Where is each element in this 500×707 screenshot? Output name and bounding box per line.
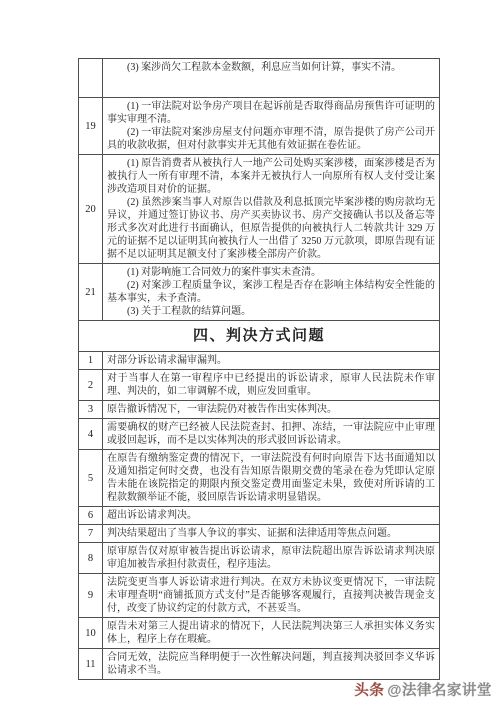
- row-text-cell: (1) 一审法院对讼争房产项目在起诉前是否取得商品房预售许可证明的事实审理不清。…: [103, 98, 440, 155]
- row-paragraph: 原告未对第三人提出请求的情况下，人民法院判决第三人承担实体义务实体上，程序上存在…: [107, 620, 435, 646]
- row-paragraph: (2) 一审法院对案涉房屋支付问题亦审理不清，原告提供了房产公司开具的收款收据，…: [107, 126, 435, 152]
- row-paragraph: (2) 对案涉工程质量争议，案涉工程是否存在影响主体结构安全性能的基本事实，未予…: [107, 279, 435, 305]
- section-title: 四、判决方式问题: [79, 321, 440, 352]
- row-paragraph: 对部分诉讼请求漏审漏判。: [107, 354, 435, 367]
- row-paragraph: 判决结果超出了当事人争议的事实、证据和法律适用等焦点问题。: [107, 527, 435, 540]
- table-row: 2 对于当事人在第一审程序中已经提出的诉讼请求，原审人民法院未作审理、判决的，如…: [79, 370, 440, 401]
- row-text-cell: (3) 案涉尚欠工程款本金数额，利息应当如何计算，事实不清。: [103, 59, 440, 98]
- row-text-cell: 原告未对第三人提出请求的情况下，人民法院判决第三人承担实体义务实体上，程序上存在…: [103, 618, 440, 649]
- row-text-cell: 对于当事人在第一审程序中已经提出的诉讼请求，原审人民法院未作审理、判决的，如二审…: [103, 370, 440, 401]
- row-number-cell: 1: [79, 352, 103, 370]
- row-text-cell: 判决结果超出了当事人争议的事实、证据和法律适用等焦点问题。: [103, 525, 440, 543]
- row-paragraph: 超出诉讼请求判决。: [107, 509, 435, 522]
- row-number-cell: 10: [79, 618, 103, 649]
- row-number-cell: [79, 59, 103, 98]
- table-row: 20 (1) 原告消费者从被执行人一地产公司处购买案涉楼，面案涉楼是否为被执行人…: [79, 155, 440, 264]
- row-number-cell: 9: [79, 574, 103, 618]
- section-header-row: 四、判决方式问题: [79, 321, 440, 352]
- row-paragraph: (1) 一审法院对讼争房产项目在起诉前是否取得商品房预售许可证明的事实审理不清。: [107, 100, 435, 126]
- watermark-account-handle: @法律名家讲堂: [387, 683, 492, 699]
- table-row: 10 原告未对第三人提出请求的情况下，人民法院判决第三人承担实体义务实体上，程序…: [79, 618, 440, 649]
- row-number-cell: 20: [79, 155, 103, 264]
- row-number-cell: 19: [79, 98, 103, 155]
- row-number-cell: 21: [79, 264, 103, 321]
- row-number-cell: 2: [79, 370, 103, 401]
- row-text-cell: 原告撤诉情况下，一审法院仍对被告作出实体判决。: [103, 401, 440, 419]
- toutiao-watermark: 头条@法律名家讲堂: [354, 679, 492, 700]
- row-text-cell: 对部分诉讼请求漏审漏判。: [103, 352, 440, 370]
- row-number-cell: 7: [79, 525, 103, 543]
- document-page: (3) 案涉尚欠工程款本金数额，利息应当如何计算，事实不清。 19 (1) 一审…: [0, 0, 500, 707]
- row-paragraph: 原告撤诉情况下，一审法院仍对被告作出实体判决。: [107, 403, 435, 416]
- row-number-cell: 5: [79, 450, 103, 507]
- table-row: 8 原审原告仅对原审被告提出诉讼请求，原审法院超出原告诉讼请求判决原审追加被告承…: [79, 543, 440, 574]
- row-paragraph: (3) 关于工程款的结算问题。: [107, 305, 435, 318]
- row-text-cell: (1) 原告消费者从被执行人一地产公司处购买案涉楼，面案涉楼是否为被执行人一所有…: [103, 155, 440, 264]
- row-paragraph: (2) 虽然涉案当事人对原告以借款及利息抵顶完毕案涉楼的购房款均无异议，并通过签…: [107, 196, 435, 261]
- row-text-cell: 法院变更当事人诉讼请求进行判决。在双方未协议变更情况下，一审法院未审理查明“商铺…: [103, 574, 440, 618]
- table-row: (3) 案涉尚欠工程款本金数额，利息应当如何计算，事实不清。: [79, 59, 440, 98]
- table-row: 4 需要确权的财产已经被人民法院查封、扣押、冻结，一审法院应中止审理或驳回起诉，…: [79, 419, 440, 450]
- table-row: 9 法院变更当事人诉讼请求进行判决。在双方未协议变更情况下，一审法院未审理查明“…: [79, 574, 440, 618]
- row-paragraph: 法院变更当事人诉讼请求进行判决。在双方未协议变更情况下，一审法院未审理查明“商铺…: [107, 576, 435, 615]
- row-paragraph: 在原告有缴纳鉴定费的情况下，一审法院没有何时向原告下达书面通知以及通知指定何时交…: [107, 452, 435, 504]
- row-paragraph: (1) 对影响施工合同效力的案件事实未查清。: [107, 266, 435, 279]
- table-row: 3 原告撤诉情况下，一审法院仍对被告作出实体判决。: [79, 401, 440, 419]
- row-number-cell: 6: [79, 507, 103, 525]
- row-paragraph: (3) 案涉尚欠工程款本金数额，利息应当如何计算，事实不清。: [107, 61, 435, 74]
- toutiao-logo-text: 头条: [354, 683, 384, 699]
- row-paragraph: 合同无效，法院应当释明便于一次性解决问题，判直接判决驳回李义华诉讼请求不当。: [107, 651, 435, 677]
- table-row: 21 (1) 对影响施工合同效力的案件事实未查清。 (2) 对案涉工程质量争议，…: [79, 264, 440, 321]
- row-text-cell: 需要确权的财产已经被人民法院查封、扣押、冻结，一审法院应中止审理或驳回起诉，而不…: [103, 419, 440, 450]
- row-paragraph: 对于当事人在第一审程序中已经提出的诉讼请求，原审人民法院未作审理、判决的，如二审…: [107, 372, 435, 398]
- issues-table: (3) 案涉尚欠工程款本金数额，利息应当如何计算，事实不清。 19 (1) 一审…: [78, 58, 440, 680]
- row-number-cell: 3: [79, 401, 103, 419]
- table-row: 19 (1) 一审法院对讼争房产项目在起诉前是否取得商品房预售许可证明的事实审理…: [79, 98, 440, 155]
- row-text-cell: (1) 对影响施工合同效力的案件事实未查清。 (2) 对案涉工程质量争议，案涉工…: [103, 264, 440, 321]
- row-text-cell: 在原告有缴纳鉴定费的情况下，一审法院没有何时向原告下达书面通知以及通知指定何时交…: [103, 450, 440, 507]
- table-row: 6 超出诉讼请求判决。: [79, 507, 440, 525]
- row-paragraph: (1) 原告消费者从被执行人一地产公司处购买案涉楼，面案涉楼是否为被执行人一所有…: [107, 157, 435, 196]
- row-number-cell: 11: [79, 649, 103, 680]
- row-text-cell: 合同无效，法院应当释明便于一次性解决问题，判直接判决驳回李义华诉讼请求不当。: [103, 649, 440, 680]
- row-paragraph: 需要确权的财产已经被人民法院查封、扣押、冻结，一审法院应中止审理或驳回起诉，而不…: [107, 421, 435, 447]
- row-paragraph: 原审原告仅对原审被告提出诉讼请求，原审法院超出原告诉讼请求判决原审追加被告承担付…: [107, 545, 435, 571]
- row-text-cell: 原审原告仅对原审被告提出诉讼请求，原审法院超出原告诉讼请求判决原审追加被告承担付…: [103, 543, 440, 574]
- table-row: 7 判决结果超出了当事人争议的事实、证据和法律适用等焦点问题。: [79, 525, 440, 543]
- table-row: 1 对部分诉讼请求漏审漏判。: [79, 352, 440, 370]
- row-number-cell: 4: [79, 419, 103, 450]
- row-number-cell: 8: [79, 543, 103, 574]
- table-row: 5 在原告有缴纳鉴定费的情况下，一审法院没有何时向原告下达书面通知以及通知指定何…: [79, 450, 440, 507]
- row-text-cell: 超出诉讼请求判决。: [103, 507, 440, 525]
- table-row: 11 合同无效，法院应当释明便于一次性解决问题，判直接判决驳回李义华诉讼请求不当…: [79, 649, 440, 680]
